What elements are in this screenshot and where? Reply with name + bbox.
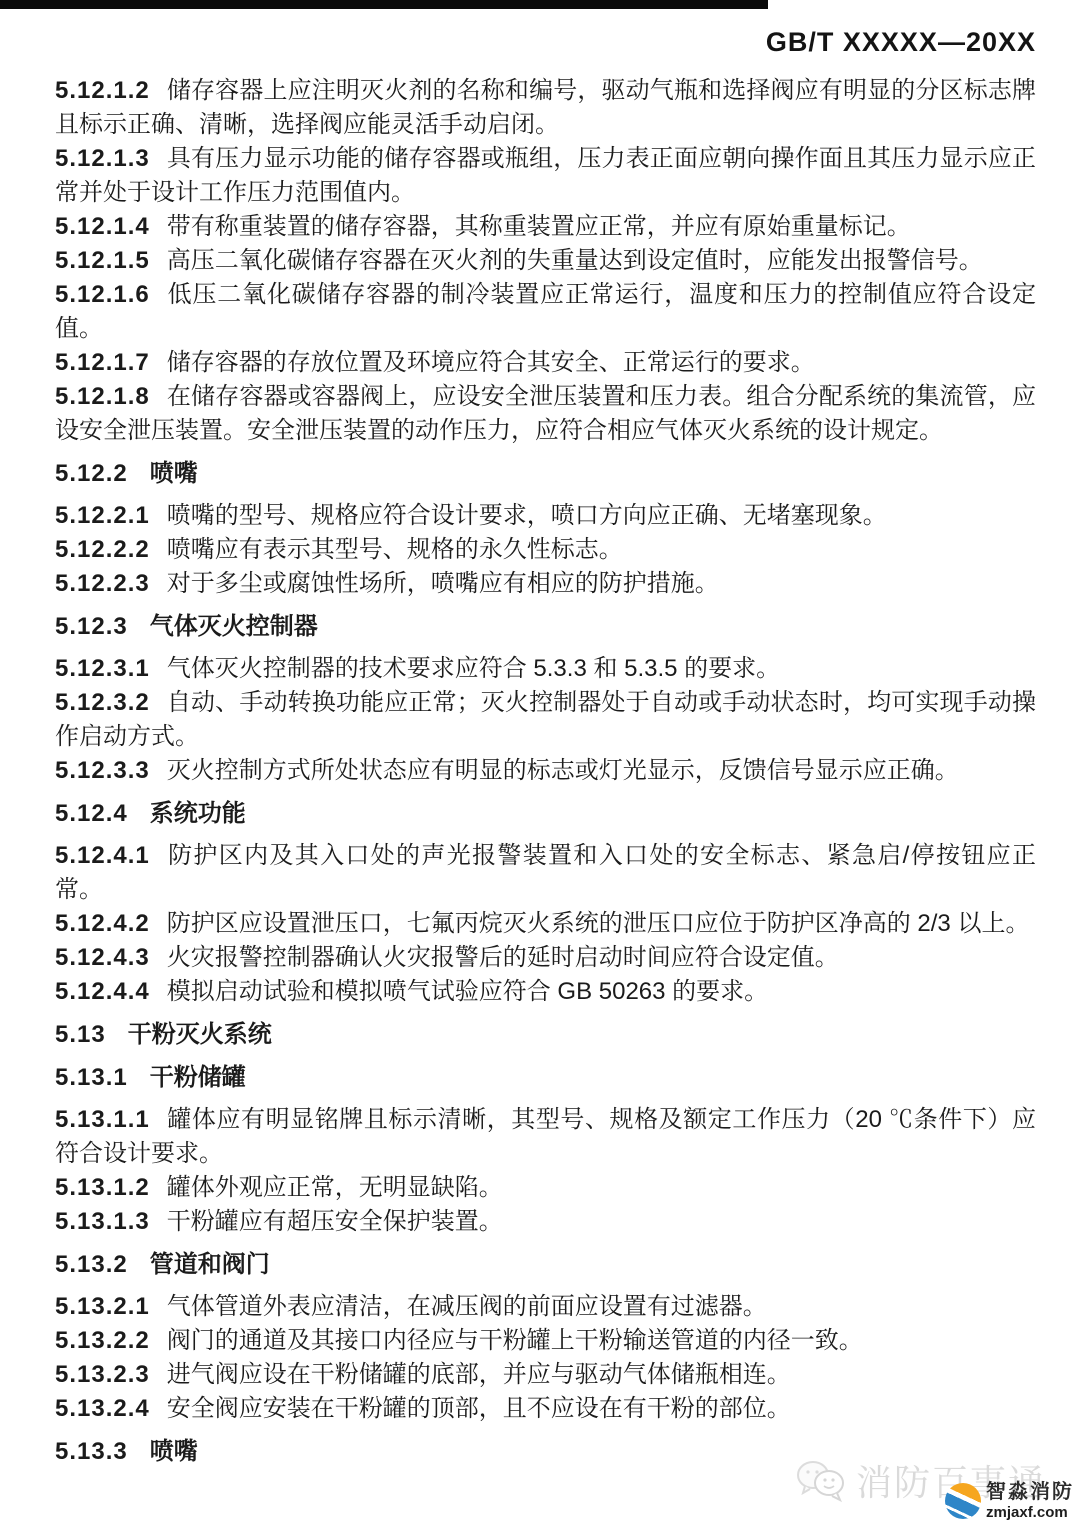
clause: 5.12.3.1气体灭火控制器的技术要求应符合 5.3.3 和 5.3.5 的要… <box>55 652 1036 686</box>
clause-number: 5.12.3.2 <box>55 689 150 716</box>
clause-number: 5.12.1.8 <box>55 383 150 410</box>
clause: 5.12.1.5高压二氧化碳储存容器在灭火剂的失重量达到设定值时，应能发出报警信… <box>55 244 1036 278</box>
clause-text: 喷嘴应有表示其型号、规格的永久性标志。 <box>167 536 623 563</box>
site-logo: 智淼消防 zmjaxf.com <box>945 1482 1074 1520</box>
document-page: GB/T XXXXX—20XX 5.12.1.2储存容器上应注明灭火剂的名称和编… <box>0 0 1080 1525</box>
clause-number: 5.12.4.3 <box>55 944 150 971</box>
clause-text: 具有压力显示功能的储存容器或瓶组，压力表正面应朝向操作面且其压力显示应正常并处于… <box>55 145 1036 206</box>
clause-text: 安全阀应安装在干粉罐的顶部，且不应设在有干粉的部位。 <box>167 1395 791 1422</box>
section-heading: 5.12.4系统功能 <box>55 797 1036 831</box>
clause: 5.12.1.6低压二氧化碳储存容器的制冷装置应正常运行，温度和压力的控制值应符… <box>55 278 1036 346</box>
clause-text: 罐体外观应正常，无明显缺陷。 <box>167 1174 503 1201</box>
clause-number: 5.12.2.1 <box>55 502 150 529</box>
clause: 5.12.1.4带有称重装置的储存容器，其称重装置应正常，并应有原始重量标记。 <box>55 210 1036 244</box>
clause-number: 5.12.1.2 <box>55 77 150 104</box>
clause-text: 在储存容器或容器阀上，应设安全泄压装置和压力表。组合分配系统的集流管，应设安全泄… <box>55 383 1036 444</box>
clause-text: 气体灭火控制器的技术要求应符合 5.3.3 和 5.3.5 的要求。 <box>167 655 780 682</box>
section-heading: 5.13.2管道和阀门 <box>55 1248 1036 1282</box>
clause-number: 5.12.1.4 <box>55 213 150 240</box>
clause-text: 罐体应有明显铭牌且标示清晰，其型号、规格及额定工作压力（20 ℃条件下）应符合设… <box>55 1106 1036 1167</box>
clause: 5.12.1.2储存容器上应注明灭火剂的名称和编号，驱动气瓶和选择阀应有明显的分… <box>55 74 1036 142</box>
clause-text: 带有称重装置的储存容器，其称重装置应正常，并应有原始重量标记。 <box>167 213 911 240</box>
clause: 5.12.2.3对于多尘或腐蚀性场所，喷嘴应有相应的防护措施。 <box>55 567 1036 601</box>
section-title: 气体灭火控制器 <box>150 613 318 640</box>
clause: 5.13.1.1罐体应有明显铭牌且标示清晰，其型号、规格及额定工作压力（20 ℃… <box>55 1103 1036 1171</box>
clause-number: 5.12.3.1 <box>55 655 150 682</box>
clause-number: 5.12.3.3 <box>55 757 150 784</box>
scan-artifact-strip <box>0 0 768 9</box>
clause-number: 5.12.4.4 <box>55 978 150 1005</box>
section-title: 干粉储罐 <box>150 1064 246 1091</box>
clause-text: 进气阀应设在干粉储罐的底部，并应与驱动气体储瓶相连。 <box>167 1361 791 1388</box>
clause-number: 5.12.4.1 <box>55 842 150 869</box>
clause: 5.13.1.2罐体外观应正常，无明显缺陷。 <box>55 1171 1036 1205</box>
clause-number: 5.12.1.7 <box>55 349 150 376</box>
clause-text: 灭火控制方式所处状态应有明显的标志或灯光显示，反馈信号显示应正确。 <box>167 757 959 784</box>
section-title: 系统功能 <box>150 800 246 827</box>
section-heading: 5.12.2喷嘴 <box>55 457 1036 491</box>
section-number: 5.13 <box>55 1021 106 1048</box>
section-title: 喷嘴 <box>150 1438 198 1465</box>
section-number: 5.13.3 <box>55 1438 128 1465</box>
clause-number: 5.12.2.2 <box>55 536 150 563</box>
clause-number: 5.12.2.3 <box>55 570 150 597</box>
clause: 5.12.4.2防护区应设置泄压口，七氟丙烷灭火系统的泄压口应位于防护区净高的 … <box>55 907 1036 941</box>
clause-number: 5.12.1.3 <box>55 145 150 172</box>
logo-name: 智淼消防 <box>986 1482 1074 1502</box>
clause-number: 5.13.1.3 <box>55 1208 150 1235</box>
section-number: 5.12.2 <box>55 460 128 487</box>
standard-code: GB/T XXXXX—20XX <box>766 27 1036 58</box>
section-heading: 5.13干粉灭火系统 <box>55 1018 1036 1052</box>
clause-number: 5.13.1.1 <box>55 1106 150 1133</box>
clause-text: 防护区内及其入口处的声光报警装置和入口处的安全标志、紧急启/停按钮应正常。 <box>55 842 1036 903</box>
clause: 5.12.1.7储存容器的存放位置及环境应符合其安全、正常运行的要求。 <box>55 346 1036 380</box>
section-number: 5.12.3 <box>55 613 128 640</box>
clause-number: 5.13.2.4 <box>55 1395 150 1422</box>
clause: 5.13.2.4安全阀应安装在干粉罐的顶部，且不应设在有干粉的部位。 <box>55 1392 1036 1426</box>
clause-number: 5.13.2.1 <box>55 1293 150 1320</box>
clause: 5.12.1.3具有压力显示功能的储存容器或瓶组，压力表正面应朝向操作面且其压力… <box>55 142 1036 210</box>
section-number: 5.13.1 <box>55 1064 128 1091</box>
clause-text: 储存容器上应注明灭火剂的名称和编号，驱动气瓶和选择阀应有明显的分区标志牌且标示正… <box>55 77 1036 138</box>
clause-text: 高压二氧化碳储存容器在灭火剂的失重量达到设定值时，应能发出报警信号。 <box>167 247 983 274</box>
clause-text: 气体管道外表应清洁，在减压阀的前面应设置有过滤器。 <box>167 1293 767 1320</box>
clause-number: 5.13.2.3 <box>55 1361 150 1388</box>
clause-text: 防护区应设置泄压口，七氟丙烷灭火系统的泄压口应位于防护区净高的 2/3 以上。 <box>167 910 1030 937</box>
clause: 5.12.3.3灭火控制方式所处状态应有明显的标志或灯光显示，反馈信号显示应正确… <box>55 754 1036 788</box>
section-heading: 5.12.3气体灭火控制器 <box>55 610 1036 644</box>
clause-number: 5.12.1.5 <box>55 247 150 274</box>
clause-text: 模拟启动试验和模拟喷气试验应符合 GB 50263 的要求。 <box>167 978 768 1005</box>
section-title: 干粉灭火系统 <box>128 1021 272 1048</box>
clause: 5.13.2.1气体管道外表应清洁，在减压阀的前面应设置有过滤器。 <box>55 1290 1036 1324</box>
section-heading: 5.13.3喷嘴 <box>55 1435 1036 1469</box>
clause: 5.13.2.2阀门的通道及其接口内径应与干粉罐上干粉输送管道的内径一致。 <box>55 1324 1036 1358</box>
clause-text: 干粉罐应有超压安全保护装置。 <box>167 1208 503 1235</box>
document-body: 5.12.1.2储存容器上应注明灭火剂的名称和编号，驱动气瓶和选择阀应有明显的分… <box>55 74 1036 1477</box>
section-title: 喷嘴 <box>150 460 198 487</box>
logo-text-block: 智淼消防 zmjaxf.com <box>986 1482 1074 1520</box>
clause: 5.12.1.8在储存容器或容器阀上，应设安全泄压装置和压力表。组合分配系统的集… <box>55 380 1036 448</box>
clause-text: 喷嘴的型号、规格应符合设计要求，喷口方向应正确、无堵塞现象。 <box>167 502 887 529</box>
section-number: 5.12.4 <box>55 800 128 827</box>
clause-text: 阀门的通道及其接口内径应与干粉罐上干粉输送管道的内径一致。 <box>167 1327 863 1354</box>
clause: 5.12.4.3火灾报警控制器确认火灾报警后的延时启动时间应符合设定值。 <box>55 941 1036 975</box>
clause-text: 低压二氧化碳储存容器的制冷装置应正常运行，温度和压力的控制值应符合设定值。 <box>55 281 1036 342</box>
clause-text: 自动、手动转换功能应正常；灭火控制器处于自动或手动状态时，均可实现手动操作启动方… <box>55 689 1036 750</box>
clause: 5.12.3.2自动、手动转换功能应正常；灭火控制器处于自动或手动状态时，均可实… <box>55 686 1036 754</box>
section-title: 管道和阀门 <box>150 1251 270 1278</box>
clause: 5.12.2.1喷嘴的型号、规格应符合设计要求，喷口方向应正确、无堵塞现象。 <box>55 499 1036 533</box>
clause: 5.12.2.2喷嘴应有表示其型号、规格的永久性标志。 <box>55 533 1036 567</box>
clause: 5.13.1.3干粉罐应有超压安全保护装置。 <box>55 1205 1036 1239</box>
section-heading: 5.13.1干粉储罐 <box>55 1061 1036 1095</box>
clause-text: 火灾报警控制器确认火灾报警后的延时启动时间应符合设定值。 <box>167 944 839 971</box>
clause: 5.12.4.1防护区内及其入口处的声光报警装置和入口处的安全标志、紧急启/停按… <box>55 839 1036 907</box>
clause: 5.13.2.3进气阀应设在干粉储罐的底部，并应与驱动气体储瓶相连。 <box>55 1358 1036 1392</box>
clause-text: 储存容器的存放位置及环境应符合其安全、正常运行的要求。 <box>167 349 815 376</box>
clause-number: 5.12.4.2 <box>55 910 150 937</box>
clause-number: 5.13.1.2 <box>55 1174 150 1201</box>
logo-site-url: zmjaxf.com <box>986 1505 1074 1520</box>
clause: 5.12.4.4模拟启动试验和模拟喷气试验应符合 GB 50263 的要求。 <box>55 975 1036 1009</box>
clause-number: 5.13.2.2 <box>55 1327 150 1354</box>
clause-number: 5.12.1.6 <box>55 281 150 308</box>
zhimiao-logo-icon <box>945 1483 981 1519</box>
section-number: 5.13.2 <box>55 1251 128 1278</box>
clause-text: 对于多尘或腐蚀性场所，喷嘴应有相应的防护措施。 <box>167 570 719 597</box>
